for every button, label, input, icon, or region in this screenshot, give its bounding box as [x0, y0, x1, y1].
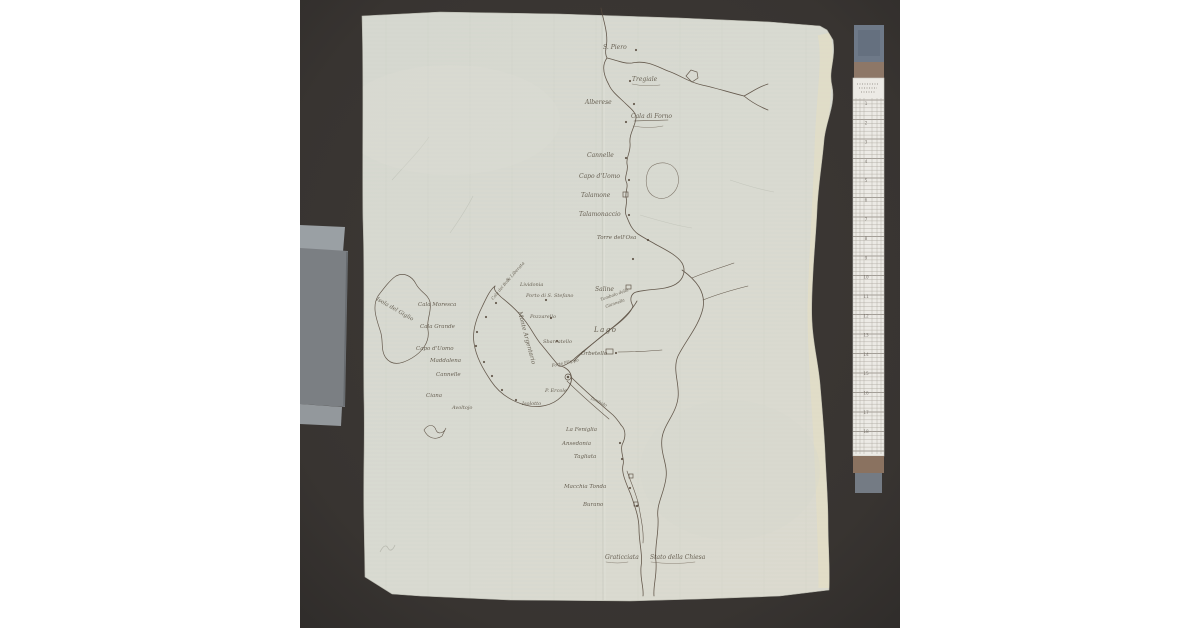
ruler-number: 2 [865, 120, 868, 126]
map-label-pozzarello: Pozzarello [529, 314, 556, 320]
map-label-porto-di-s-stefano: Porto di S. Stefano [525, 293, 573, 299]
ruler-brown-patch-bottom [853, 456, 884, 473]
map-label-ciana: Ciana [426, 393, 442, 399]
map-label-graticciata: Graticciata [605, 554, 639, 561]
map-label-cala-moresca: Cala Moresca [418, 302, 456, 308]
right-white-margin [900, 0, 1200, 628]
map-label-cala-di-forno: Cala di Forno [631, 113, 672, 120]
ruler-number: 17 [863, 410, 869, 416]
map-label-lividonia: Lividonia [519, 282, 543, 288]
ruler-number: 10 [863, 275, 869, 281]
map-label-avoltojo: Avoltojo [451, 405, 472, 411]
ruler-number: 16 [863, 391, 869, 397]
map-label-capo-d-uomo: Capo d'Uomo [416, 346, 454, 352]
ruler-number: 7 [865, 217, 868, 223]
scale-ruler: 123456789101112131415161718 [853, 25, 884, 493]
ruler-number: 3 [865, 140, 868, 146]
map-label-talamone: Talamone [581, 192, 611, 199]
ruler-number: 13 [863, 333, 869, 339]
ruler-number: 6 [865, 198, 868, 204]
gray-tab-bottom [300, 404, 342, 426]
left-gray-tabs [300, 225, 348, 426]
map-label-lago: Lago [593, 326, 618, 334]
map-label-p-ercole: P. Ercole [544, 388, 567, 394]
map-label-macchia-tonda: Macchia Tonda [563, 484, 606, 490]
map-label-ansedonia: Ansedonia [561, 441, 591, 447]
map-label-s-piero: S. Piero [603, 44, 627, 51]
map-label-cala-grande: Cala Grande [420, 324, 456, 330]
map-label-tagliata: Tagliata [574, 454, 596, 460]
map-label-tregiale: Tregiale [632, 76, 658, 83]
map-label-orbetello: Orbetello [581, 351, 608, 357]
ruler-number: 14 [863, 352, 869, 358]
map-label-isolotto: Isolotto [521, 401, 541, 407]
gray-tab-top [300, 225, 345, 252]
ruler-number: 11 [863, 294, 869, 300]
map-label-maddalena: Maddalena [429, 358, 461, 364]
photo-area: S. PieroTregialeAlbereseCala di FornoCan… [300, 0, 900, 628]
ruler-bottom-gray-tab [855, 473, 882, 493]
ruler-brown-patch-top [854, 62, 884, 78]
ruler-number: 15 [863, 371, 869, 377]
map-label-la-feniglia: La Feniglia [565, 427, 597, 433]
map-label-stato-della-chiesa: Stato della Chiesa [650, 554, 706, 561]
map-label-sbarcatello: Sbarcatello [543, 339, 572, 345]
map-label-alberese: Alberese [584, 99, 612, 106]
scanned-map-photo-page: S. PieroTregialeAlbereseCala di FornoCan… [0, 0, 1200, 628]
map-label-torre-dell-osa: Torre dell'Osa [597, 235, 636, 241]
map-label-cannelle: Cannelle [436, 372, 461, 378]
map-label-burano: Burano [582, 502, 604, 508]
ruler-number: 5 [865, 178, 868, 184]
ruler-number: 1 [865, 101, 868, 107]
left-white-margin [0, 0, 300, 628]
ruler-number: 18 [863, 429, 869, 435]
ruler-number: 8 [865, 236, 868, 242]
map-label-talamonaccio: Talamonaccio [579, 211, 621, 218]
ruler-number: 12 [863, 313, 869, 319]
gray-tab-main [300, 248, 348, 407]
ruler-number: 4 [865, 159, 868, 165]
paper-texture [340, 5, 845, 615]
map-label-capo-d-uomo: Capo d'Uomo [579, 173, 620, 180]
map-photo-svg: S. PieroTregialeAlbereseCala di FornoCan… [300, 0, 900, 628]
ruler-body [853, 78, 884, 456]
ruler-number: 9 [865, 255, 868, 261]
map-label-cannelle: Cannelle [587, 152, 614, 159]
